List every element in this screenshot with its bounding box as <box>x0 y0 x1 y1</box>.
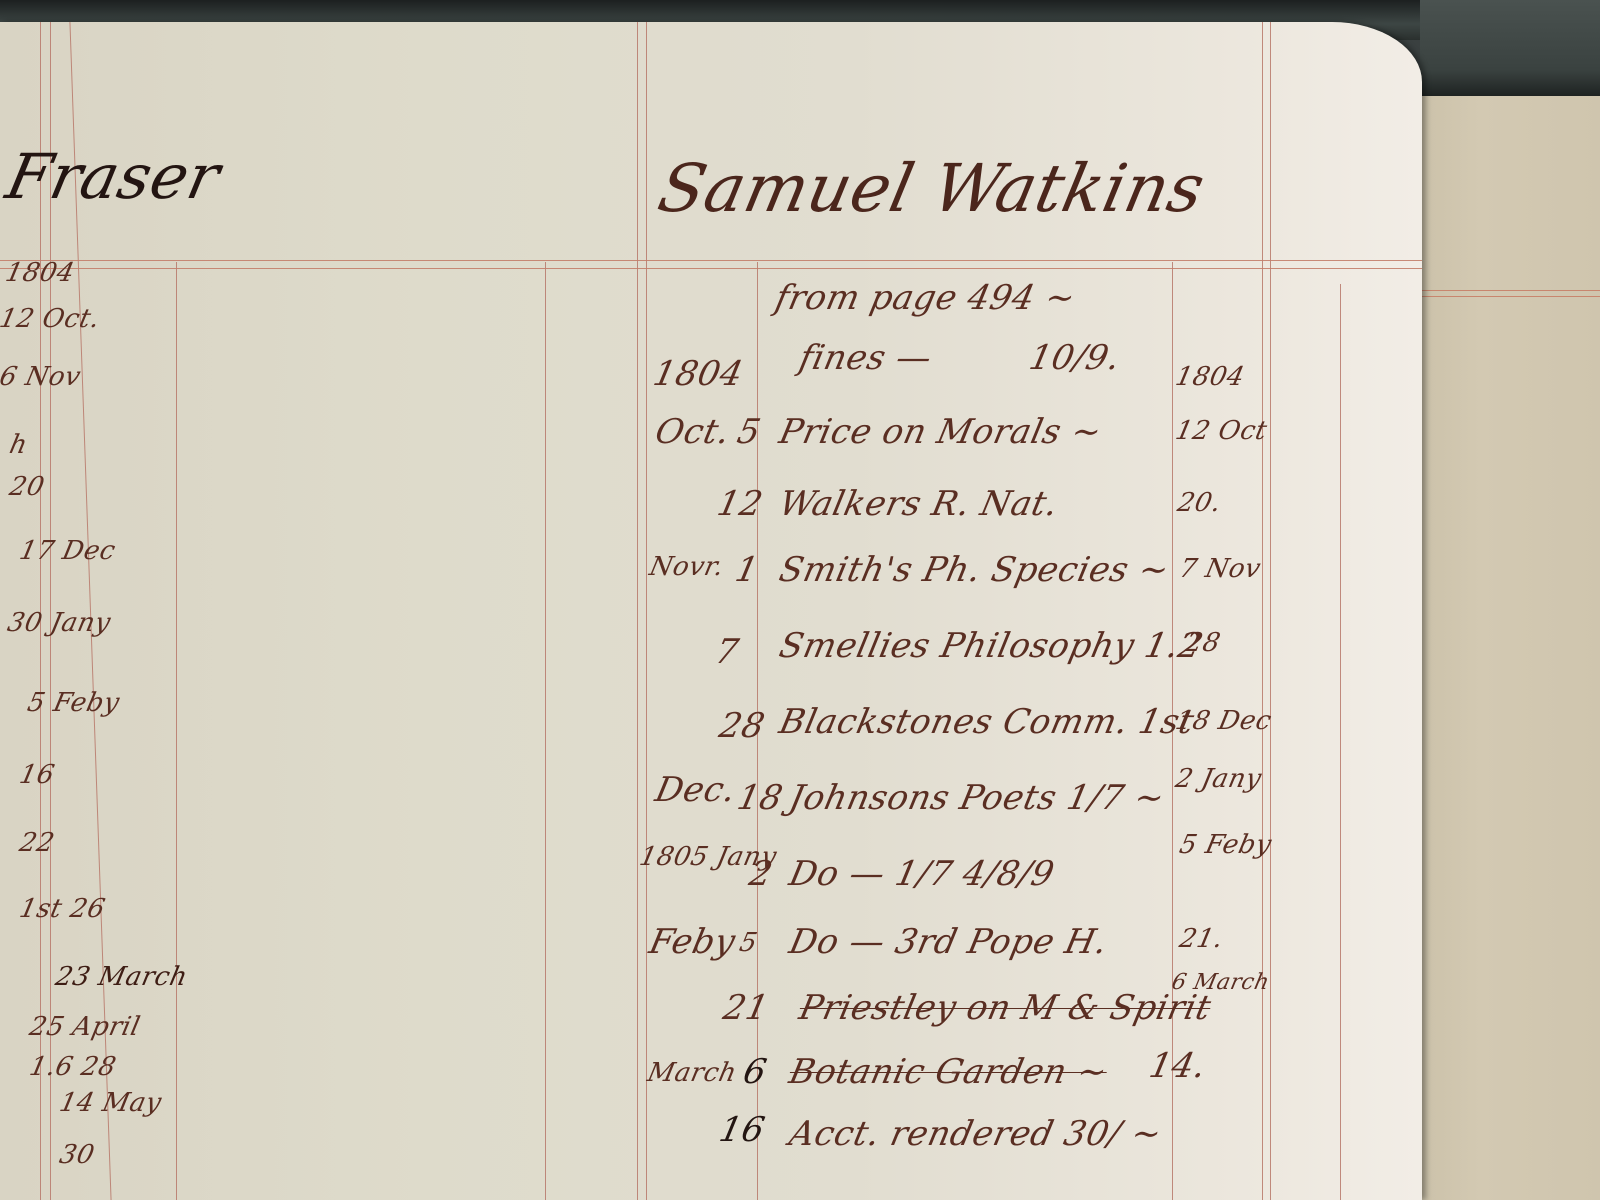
return-date: 20. <box>1175 488 1224 518</box>
borrow-month: Oct. <box>652 412 734 452</box>
return-date: 28 <box>1183 628 1223 658</box>
year-returned: 1804 <box>1173 362 1248 392</box>
ledger-date: 1804 <box>3 258 78 288</box>
ledger-date: 17 Dec <box>17 536 119 566</box>
ledger-date: 22 <box>17 828 57 858</box>
column-rule <box>176 262 177 1200</box>
return-date: 6 March <box>1169 970 1271 995</box>
ledger-date: 16 <box>17 760 57 790</box>
book-title: Do — 1/7 4/8/9 <box>786 854 1058 894</box>
column-rule <box>1340 284 1341 1200</box>
borrow-month: March <box>645 1058 740 1088</box>
header-rule <box>0 260 1422 261</box>
ledger-date: 30 <box>57 1140 97 1170</box>
book-title: Do — 3rd Pope H. <box>786 922 1111 962</box>
header-rule <box>0 268 1422 269</box>
return-date: 7 Nov <box>1177 554 1264 584</box>
borrow-month: Feby <box>646 922 739 962</box>
borrow-day: 7 <box>712 632 743 672</box>
book-title: Priestley on M & Spirit <box>796 988 1215 1028</box>
ledger-date: 30 Jany <box>5 608 114 638</box>
borrow-day: 5 <box>734 412 765 452</box>
ledger-date: 6 Nov <box>0 362 84 392</box>
return-date: 18 Dec <box>1173 706 1275 736</box>
year-borrowed: 1804 <box>650 354 747 394</box>
book-title: Smith's Ph. Species ~ <box>776 550 1173 590</box>
ledger-date: 1st 26 <box>17 894 108 924</box>
account-name-left: Fraser <box>0 140 226 213</box>
borrow-month: Novr. <box>647 552 727 582</box>
ledger-date: 5 Feby <box>25 688 123 718</box>
book-title: Acct. rendered 30/ ~ <box>786 1114 1166 1154</box>
column-rule <box>1270 22 1271 1200</box>
carried-forward: from page 494 ~ <box>772 278 1079 318</box>
column-rule <box>1262 22 1263 1200</box>
column-rule <box>545 262 546 1200</box>
ledger-date: 12 Oct. <box>0 304 103 334</box>
return-date: 2 Jany <box>1173 764 1265 794</box>
ledger-date: 14 May <box>57 1088 165 1118</box>
book-title: Johnsons Poets 1/7 ~ <box>786 778 1169 818</box>
ledger-page: Fraser 1804 12 Oct. 6 Nov h 20 17 Dec 30… <box>0 22 1422 1200</box>
borrow-day: 21 <box>720 988 773 1028</box>
background-binding <box>1420 0 1600 100</box>
borrow-day: 12 <box>714 484 767 524</box>
return-date: 14. <box>1146 1046 1210 1086</box>
column-rule <box>646 22 647 1200</box>
borrow-month: Dec. <box>652 770 740 810</box>
return-date: 12 Oct <box>1173 416 1270 446</box>
ledger-date: 20 <box>7 472 47 502</box>
return-date: 5 Feby <box>1177 830 1275 860</box>
borrow-day: 28 <box>716 706 769 746</box>
borrow-day: 16 <box>716 1110 769 1150</box>
account-name-right: Samuel Watkins <box>652 150 1212 227</box>
book-title: Walkers R. Nat. <box>776 484 1062 524</box>
ledger-date: 23 March <box>53 962 191 992</box>
ledger-date: 25 April <box>27 1012 143 1042</box>
book-title: Price on Morals ~ <box>776 412 1106 452</box>
column-rule <box>637 22 638 1200</box>
book-title: Botanic Garden ~ <box>786 1052 1111 1092</box>
ledger-date: 1.6 28 <box>27 1052 119 1082</box>
borrow-day: 18 <box>734 778 787 818</box>
adjacent-page <box>1400 96 1600 1200</box>
return-date: 21. <box>1177 924 1226 954</box>
borrow-day: 6 <box>740 1052 771 1092</box>
fines-label: fines — <box>796 338 936 378</box>
book-title: Blackstones Comm. 1st <box>776 702 1198 742</box>
fines-amount: 10/9. <box>1026 338 1124 378</box>
ledger-date: h <box>7 430 31 460</box>
book-title: Smellies Philosophy 1.2 <box>776 626 1205 666</box>
